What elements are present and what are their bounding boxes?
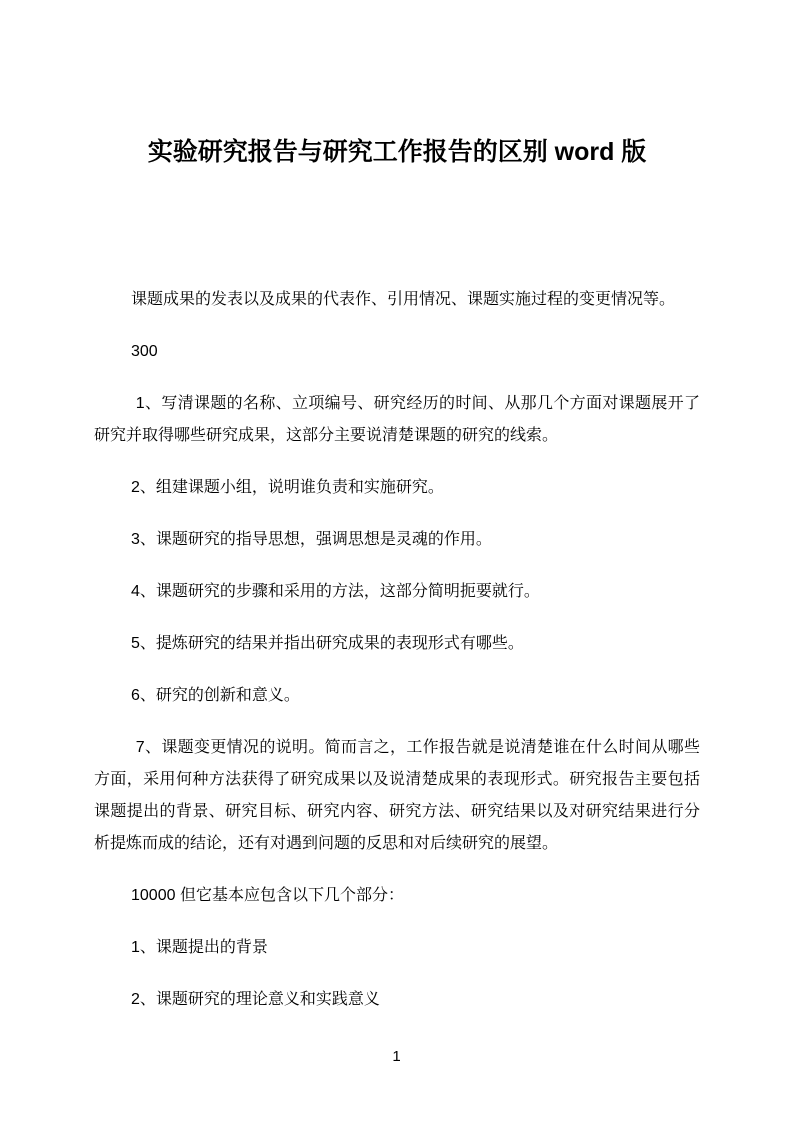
page-number: 1 xyxy=(0,1048,793,1066)
document-content: 实验研究报告与研究工作报告的区别 word 版 课题成果的发表以及成果的代表作、… xyxy=(94,0,700,1036)
paragraph-item-3: 3、课题研究的指导思想，强调思想是灵魂的作用。 xyxy=(94,524,700,556)
document-title: 实验研究报告与研究工作报告的区别 word 版 xyxy=(94,135,700,169)
paragraph-item-4: 4、课题研究的步骤和采用的方法，这部分简明扼要就行。 xyxy=(94,576,700,608)
paragraph-item-7: 7、课题变更情况的说明。简而言之，工作报告就是说清楚谁在什么时间从哪些方面，采用… xyxy=(94,732,700,860)
paragraph-item-1: 1、写清课题的名称、立项编号、研究经历的时间、从那几个方面对课题展开了研究并取得… xyxy=(94,388,700,452)
paragraph-intro: 课题成果的发表以及成果的代表作、引用情况、课题实施过程的变更情况等。 xyxy=(94,284,700,316)
paragraph-number-300: 300 xyxy=(94,336,700,368)
paragraph-part-2: 2、课题研究的理论意义和实践意义 xyxy=(94,984,700,1016)
paragraph-item-5: 5、提炼研究的结果并指出研究成果的表现形式有哪些。 xyxy=(94,628,700,660)
paragraph-number-10000: 10000 但它基本应包含以下几个部分： xyxy=(94,880,700,912)
document-page: 实验研究报告与研究工作报告的区别 word 版 课题成果的发表以及成果的代表作、… xyxy=(0,0,793,1122)
paragraph-part-1: 1、课题提出的背景 xyxy=(94,932,700,964)
paragraph-item-2: 2、组建课题小组，说明谁负责和实施研究。 xyxy=(94,472,700,504)
paragraph-item-6: 6、研究的创新和意义。 xyxy=(94,680,700,712)
